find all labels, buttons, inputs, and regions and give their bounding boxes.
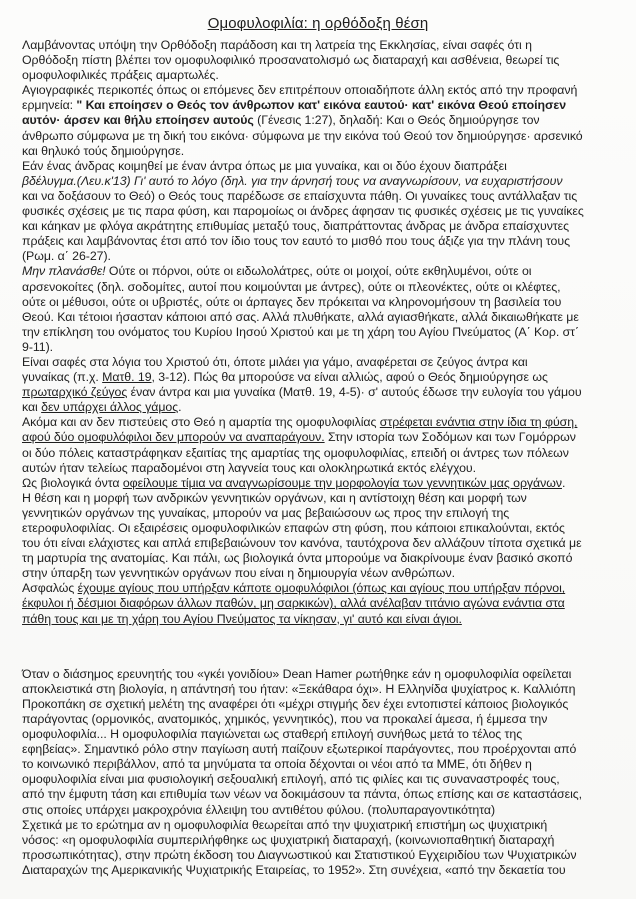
- text-line: γεννητικών οργάνων της γυναίκας, μπορούν…: [22, 506, 622, 521]
- text-run: και να δοξάσουν το Θεό) ο Θεός τους παρέ…: [22, 189, 577, 203]
- text-line: αυτόν· άρσεν και θήλυ εποίησεν αυτούς (Γ…: [22, 113, 622, 128]
- text-line: Εάν ένας άνδρας κοιμηθεί με έναν άντρα ό…: [22, 159, 622, 174]
- document-title: Ομοφυλοφιλία: η ορθόδοξη θέση: [0, 15, 636, 32]
- text-line: τη μαρτυρία της ανατομίας. Και πάλι, ως …: [22, 551, 622, 566]
- text-line: ερμηνεία: " Και εποίησεν ο Θεός τον άνθρ…: [22, 98, 622, 113]
- text-line: του ότι είναι ελάχιστες και απλά επιβεβα…: [22, 536, 622, 551]
- body-section-2: Όταν ο διάσημος ερευνητής του «γκέι γονι…: [22, 667, 622, 878]
- text-line: και κάηκαν με φλόγα ακράτητης επιθυμίας …: [22, 219, 622, 234]
- text-line: εφηβείας». Σημαντικό ρόλο στην παγίωση α…: [22, 742, 622, 757]
- text-line: Ακόμα και αν δεν πιστεύεις στο Θεό η αμα…: [22, 415, 622, 430]
- text-line: Σχετικά με το ερώτημα αν η ομοφυλοφιλία …: [22, 818, 622, 833]
- text-run: , 3-12). Πώς θα μπορούσε να είναι αλλιώς…: [152, 370, 548, 384]
- text-run: Αγιογραφικές περικοπές όπως οι επόμενες …: [22, 83, 577, 97]
- text-run: εφηβείας». Σημαντικό ρόλο στην παγίωση α…: [22, 742, 576, 756]
- text-run: Όταν ο διάσημος ερευνητής του «γκέι γονι…: [22, 667, 571, 681]
- text-run: προσωπικότητας), στην πρώτη έκδοση του Δ…: [22, 848, 577, 862]
- text-run: Διαταραχών της Αμερικανικής Ψυχιατρικής …: [22, 863, 566, 877]
- text-line: Λαμβάνοντας υπόψη την Ορθόδοξη παράδοση …: [22, 38, 622, 53]
- text-line: ομοφυλοφιλία... Η ομοφυλοφιλία παγιώνετα…: [22, 727, 622, 742]
- text-run: του ότι είναι ελάχιστες και απλά επιβεβα…: [22, 536, 582, 550]
- underlined-text: Ματθ. 19: [102, 370, 151, 384]
- text-run: 9-11).: [22, 340, 53, 354]
- text-run: νόσος: «η ομοφυλοφιλία συμπεριλήφθηκε ως…: [22, 833, 554, 847]
- text-line: πάθη τους και με τη χάρη του Αγίου Πνεύμ…: [22, 612, 622, 627]
- text-run: Ορθόδοξη πίστη βλέπει τον ομοφυλοφιλικό …: [22, 53, 559, 67]
- underlined-text: αφού δύο ομοφυλόφιλοι δεν μπορούν να ανα…: [22, 430, 325, 444]
- underlined-text: πρωταρχικό ζεύγος: [22, 385, 127, 399]
- bold-quote: " Και εποίησεν ο Θεός τον άνθρωπον κατ' …: [76, 98, 566, 112]
- text-line: Αγιογραφικές περικοπές όπως οι επόμενες …: [22, 83, 622, 98]
- underlined-text: δεν υπάρχει άλλος γάμος: [41, 400, 178, 414]
- text-run: Εάν ένας άνδρας κοιμηθεί με έναν άντρα ό…: [22, 159, 507, 173]
- text-line: 9-11).: [22, 340, 622, 355]
- text-line: ομοφυλοφιλικές πράξεις αμαρτωλές.: [22, 68, 622, 83]
- text-line: ούτε οι μέθυσοι, ούτε οι υβριστές, ούτε …: [22, 295, 622, 310]
- text-run: και κάηκαν με φλόγα ακράτητης επιθυμίας …: [22, 219, 569, 233]
- text-line: προσωπικότητας), στην πρώτη έκδοση του Δ…: [22, 848, 622, 863]
- scanned-page: Ομοφυλοφιλία: η ορθόδοξη θέση Λαμβάνοντα…: [0, 0, 636, 899]
- text-run: Σχετικά με το ερώτημα αν η ομοφυλοφιλία …: [22, 818, 547, 832]
- text-line: την επίκληση του ονόματος του Κυρίου Ιησ…: [22, 325, 622, 340]
- text-line: αυτών ήταν τελείως παραδομένοι στη λαγνε…: [22, 461, 622, 476]
- text-run: αρσενοκοίτες (δηλ. σοδομίτες, αυτοί που …: [22, 280, 561, 294]
- text-run: πράξεις και λαμβάνοντας έτσι από τον ίδι…: [22, 234, 570, 248]
- text-run: Ως βιολογικά όντα: [22, 476, 123, 490]
- text-run: Ούτε οι πόρνοι, ούτε οι ειδωλολάτρες, ού…: [106, 264, 532, 278]
- underlined-text: έχουμε αγίους που υπήρξαν κάποτε ομοφυλό…: [78, 581, 566, 595]
- text-run: Είναι σαφές στα λόγια του Χριστού ότι, ό…: [22, 355, 528, 369]
- text-line: έκφυλοι ή δέσμιοι διαφόρων άλλων παθών, …: [22, 596, 622, 611]
- text-line: Ασφαλώς έχουμε αγίους που υπήρξαν κάποτε…: [22, 581, 622, 596]
- text-line: άνθρωπο σύμφωνα με τη δική του εικόνα· σ…: [22, 129, 622, 144]
- text-line: πρωταρχικό ζεύγος έναν άντρα και μια γυν…: [22, 385, 622, 400]
- text-run: στην ύπαρξη των γεννητικών οργάνων που ε…: [22, 566, 455, 580]
- text-run: στις οποίες υπάρχει μακροχρόνια έλλειψη …: [22, 803, 495, 817]
- text-line: Είναι σαφές στα λόγια του Χριστού ότι, ό…: [22, 355, 622, 370]
- text-run: (Γένεσις 1:27), δηλαδή: Και ο Θεός δημιο…: [254, 113, 540, 127]
- text-line: Ορθόδοξη πίστη βλέπει τον ομοφυλοφιλικό …: [22, 53, 622, 68]
- italic-text: βδέλυγμα.(Λευ.κ'13) Γι' αυτό το λόγο (δη…: [22, 174, 562, 188]
- text-run: αποκλειστικά στη βιολογία, η απάντησή το…: [22, 682, 575, 696]
- text-run: Ακόμα και αν δεν πιστεύεις στο Θεό η αμα…: [22, 415, 380, 429]
- text-line: Μην πλανάσθε! Ούτε οι πόρνοι, ούτε οι ει…: [22, 264, 622, 279]
- text-line: οι δύο πόλεις καταστράφηκαν εξαιτίας της…: [22, 446, 622, 461]
- text-run: παράγοντας (ορμονικός, ανατομικός, χημικ…: [22, 712, 547, 726]
- text-line: Η θέση και η μορφή των ανδρικών γεννητικ…: [22, 491, 622, 506]
- underlined-text: πάθη τους και με τη χάρη του Αγίου Πνεύμ…: [22, 612, 462, 626]
- text-run: φυσικές σχέσεις με τις παρα φύση, και πα…: [22, 204, 584, 218]
- text-line: ομοφυλοφιλία είναι μια φυσιολογική σεξου…: [22, 772, 622, 787]
- text-run: .: [178, 400, 181, 414]
- text-line: παράγοντας (ορμονικός, ανατομικός, χημικ…: [22, 712, 622, 727]
- text-line: αφού δύο ομοφυλόφιλοι δεν μπορούν να ανα…: [22, 430, 622, 445]
- bold-quote: αυτόν· άρσεν και θήλυ εποίησεν αυτούς: [22, 113, 254, 127]
- underlined-text: οφείλουμε τίμια να αναγνωρίσουμε την μορ…: [123, 476, 562, 490]
- body-section-1: Λαμβάνοντας υπόψη την Ορθόδοξη παράδοση …: [22, 38, 622, 627]
- text-line: στις οποίες υπάρχει μακροχρόνια έλλειψη …: [22, 803, 622, 818]
- text-run: .: [562, 476, 565, 490]
- text-line: αρσενοκοίτες (δηλ. σοδομίτες, αυτοί που …: [22, 280, 622, 295]
- text-run: (Ρωμ. α΄ 26-27).: [22, 249, 111, 263]
- text-run: και: [22, 400, 41, 414]
- underlined-text: στρέφεται ενάντια στην ίδια τη φύση,: [380, 415, 578, 429]
- text-run: ερμηνεία:: [22, 98, 76, 112]
- text-line: πράξεις και λαμβάνοντας έτσι από τον ίδι…: [22, 234, 622, 249]
- text-run: αυτών ήταν τελείως παραδομένοι στη λαγνε…: [22, 461, 476, 475]
- text-run: ετεροφυλοφιλίας. Οι εξαιρέσεις ομοφυλοφι…: [22, 521, 565, 535]
- text-line: βδέλυγμα.(Λευ.κ'13) Γι' αυτό το λόγο (δη…: [22, 174, 622, 189]
- text-run: τη μαρτυρία της ανατομίας. Και πάλι, ως …: [22, 551, 572, 565]
- text-run: έναν άντρα και μια γυναίκα (Ματθ. 19, 4-…: [127, 385, 581, 399]
- text-line: Όταν ο διάσημος ερευνητής του «γκέι γονι…: [22, 667, 622, 682]
- text-line: το κοινωνικό περιβάλλον, από τα μηνύματα…: [22, 757, 622, 772]
- text-line: Ως βιολογικά όντα οφείλουμε τίμια να ανα…: [22, 476, 622, 491]
- text-run: από την έμφυτη τάση και επιθυμία των νέω…: [22, 787, 582, 801]
- text-line: στην ύπαρξη των γεννητικών οργάνων που ε…: [22, 566, 622, 581]
- underlined-text: έκφυλοι ή δέσμιοι διαφόρων άλλων παθών, …: [22, 596, 565, 610]
- text-run: την επίκληση του ονόματος του Κυρίου Ιησ…: [22, 325, 579, 339]
- text-line: και να δοξάσουν το Θεό) ο Θεός τους παρέ…: [22, 189, 622, 204]
- text-run: Προκοπάκη σε σχετική μελέτη της αναφέρει…: [22, 697, 568, 711]
- text-run: ομοφυλοφιλία... Η ομοφυλοφιλία παγιώνετα…: [22, 727, 522, 741]
- italic-text: Μην πλανάσθε!: [22, 264, 106, 278]
- text-line: φυσικές σχέσεις με τις παρα φύση, και πα…: [22, 204, 622, 219]
- text-run: το κοινωνικό περιβάλλον, από τα μηνύματα…: [22, 757, 532, 771]
- document-body: Λαμβάνοντας υπόψη την Ορθόδοξη παράδοση …: [22, 38, 622, 878]
- text-line: αποκλειστικά στη βιολογία, η απάντησή το…: [22, 682, 622, 697]
- text-run: ούτε οι μέθυσοι, ούτε οι υβριστές, ούτε …: [22, 295, 561, 309]
- text-run: ομοφυλοφιλία είναι μια φυσιολογική σεξου…: [22, 772, 560, 786]
- text-line: Θεού. Και τέτοιοι ήσασταν κάποιοι από σα…: [22, 310, 622, 325]
- section-gap: [22, 627, 622, 667]
- text-run: άνθρωπο σύμφωνα με τη δική του εικόνα· σ…: [22, 129, 583, 143]
- text-line: Διαταραχών της Αμερικανικής Ψυχιατρικής …: [22, 863, 622, 878]
- text-line: ετεροφυλοφιλίας. Οι εξαιρέσεις ομοφυλοφι…: [22, 521, 622, 536]
- text-run: οι δύο πόλεις καταστράφηκαν εξαιτίας της…: [22, 446, 569, 460]
- text-line: (Ρωμ. α΄ 26-27).: [22, 249, 622, 264]
- text-run: Λαμβάνοντας υπόψη την Ορθόδοξη παράδοση …: [22, 38, 532, 52]
- text-run: γεννητικών οργάνων της γυναίκας, μπορούν…: [22, 506, 509, 520]
- text-run: και θηλυκό τούς δημιούργησε.: [22, 144, 184, 158]
- text-run: Ασφαλώς: [22, 581, 78, 595]
- text-line: γυναίκας (π.χ. Ματθ. 19, 3-12). Πώς θα μ…: [22, 370, 622, 385]
- text-line: και θηλυκό τούς δημιούργησε.: [22, 144, 622, 159]
- text-line: νόσος: «η ομοφυλοφιλία συμπεριλήφθηκε ως…: [22, 833, 622, 848]
- text-run: Θεού. Και τέτοιοι ήσασταν κάποιοι από σα…: [22, 310, 579, 324]
- text-run: ομοφυλοφιλικές πράξεις αμαρτωλές.: [22, 68, 219, 82]
- text-run: γυναίκας (π.χ.: [22, 370, 102, 384]
- text-line: από την έμφυτη τάση και επιθυμία των νέω…: [22, 787, 622, 802]
- text-run: Η θέση και η μορφή των ανδρικών γεννητικ…: [22, 491, 527, 505]
- text-line: Προκοπάκη σε σχετική μελέτη της αναφέρει…: [22, 697, 622, 712]
- text-line: και δεν υπάρχει άλλος γάμος.: [22, 400, 622, 415]
- text-run: Στην ιστορία των Σοδόμων και των Γομόρρω…: [325, 430, 576, 444]
